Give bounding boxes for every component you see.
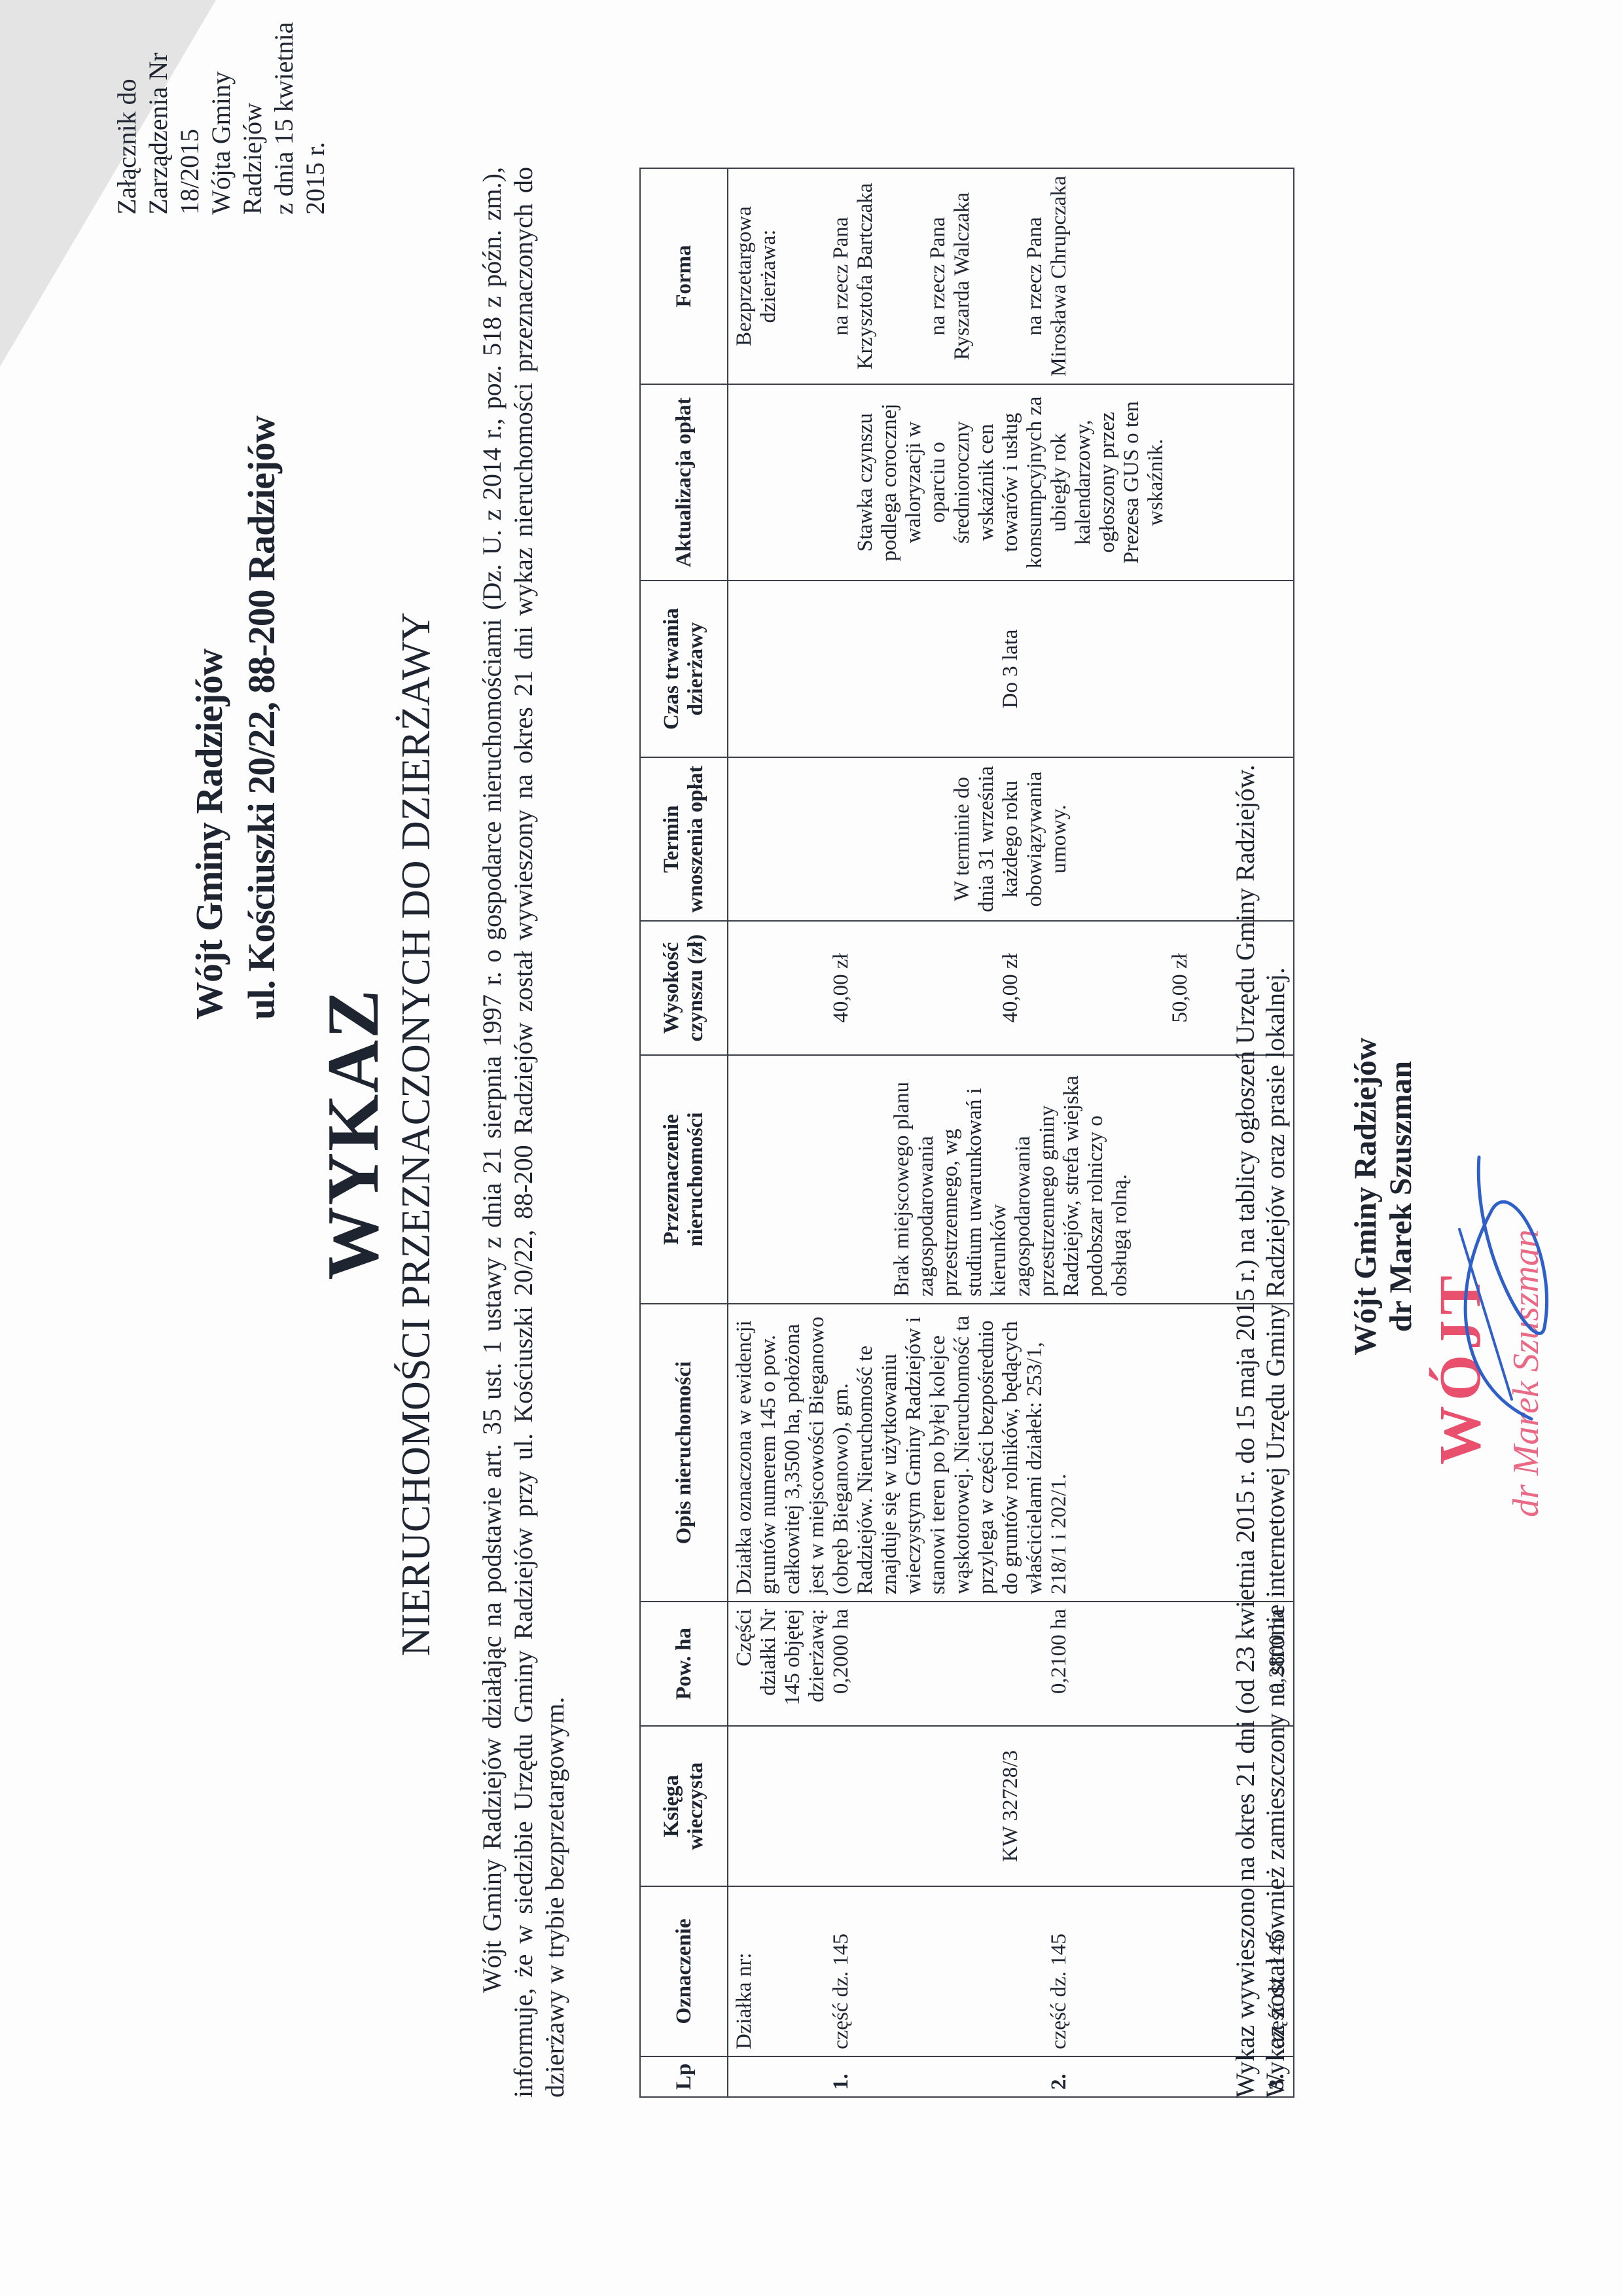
- row-2-pow: 0,2100 ha: [1047, 1609, 1071, 1719]
- col-header-oznaczenie: Oznaczenie: [640, 1886, 728, 2056]
- col-header-czynsz: Wysokość czynszu (zł): [640, 921, 728, 1055]
- col-header-przeznaczenie: Przeznaczenie nieruchomości: [640, 1055, 728, 1304]
- office-name: Wójt Gminy Radziejów: [183, 169, 236, 1020]
- signatory-name: dr Marek Szuszman: [1383, 967, 1419, 1426]
- document-subtitle: NIERUCHOMOŚCI PRZEZNACZONYCH DO DZIERŻAW…: [393, 169, 440, 2100]
- col-header-ksiega: Księga wieczysta: [640, 1726, 728, 1886]
- intro-paragraph: Wójt Gminy Radziejów działając na podsta…: [476, 167, 571, 2098]
- intro-pow: Części działki Nr 145 objętej dzierżawą:: [732, 1609, 829, 1719]
- office-address: ul. Kościuszki 20/22, 88-200 Radziejów: [236, 169, 288, 1020]
- document-page-landscape: Załącznik do Zarządzenia Nr 18/2015 Wójt…: [0, 0, 1623, 2296]
- col-header-czas: Czas trwania dzierżawy: [640, 581, 728, 757]
- col-header-pow: Pow. ha: [640, 1602, 728, 1726]
- footer-note-online: Wykaz został również zamieszczony na str…: [1260, 167, 1291, 2098]
- row-1-oznaczenie: część dz. 145: [829, 1893, 853, 2049]
- document-title: WYKAZ: [314, 169, 393, 2100]
- cell-pow: Części działki Nr 145 objętej dzierżawą:…: [728, 1602, 1294, 1726]
- cell-opis: Działka oznaczona w ewidencji gruntów nu…: [728, 1304, 1294, 1602]
- cell-czynsz: 40,00 zł 40,00 zł 50,00 zł: [728, 921, 1294, 1055]
- row-1-lp: 1.: [829, 2064, 853, 2090]
- col-header-opis: Opis nieruchomości: [640, 1304, 728, 1602]
- handwritten-signature-icon: [1433, 1151, 1564, 1426]
- col-header-termin: Termin wnoszenia opłat: [640, 757, 728, 921]
- intro-text: Wójt Gminy Radziejów działając na podsta…: [476, 167, 571, 2098]
- cell-przeznaczenie: Brak miejscowego planu zagospodarowania …: [728, 1055, 1294, 1304]
- row-1-czynsz: 40,00 zł: [829, 928, 853, 1048]
- row-2-czynsz: 40,00 zł: [999, 928, 1023, 1048]
- cell-aktualizacja: Stawka czynszu podlega corocznej waloryz…: [728, 384, 1294, 581]
- col-header-aktualizacja: Aktualizacja opłat: [640, 384, 728, 581]
- row-2-oznaczenie: część dz. 145: [1047, 1893, 1071, 2049]
- lease-properties-table: Lp Oznaczenie Księga wieczysta Pow. ha O…: [639, 168, 1294, 2098]
- signature-block: Wójt Gminy Radziejów dr Marek Szuszman: [1348, 967, 1419, 1426]
- footer-notes: Wykaz wywieszono na okres 21 dni (od 23 …: [1230, 167, 1291, 2098]
- cell-termin: W terminie do dnia 31 września każdego r…: [728, 757, 1294, 921]
- cell-oznaczenie: Działka nr: część dz. 145 część dz. 145 …: [728, 1886, 1294, 2056]
- intro-oznaczenie: Działka nr:: [732, 1893, 757, 2049]
- row-2-forma: na rzecz Pana Ryszarda Walczaka: [926, 175, 974, 377]
- row-2-lp: 2.: [1047, 2064, 1071, 2090]
- cell-lp: 1. 2. 3.: [728, 2056, 1294, 2097]
- table-header-row: Lp Oznaczenie Księga wieczysta Pow. ha O…: [640, 168, 728, 2097]
- row-3-forma: na rzecz Pana Mirosława Chrupczaka: [1023, 175, 1071, 377]
- row-1-pow: 0,2000 ha: [829, 1609, 853, 1719]
- footer-note-posting: Wykaz wywieszono na okres 21 dni (od 23 …: [1230, 167, 1260, 2098]
- official-stamp: WÓJT dr Marek Szuszman: [1427, 1085, 1571, 1543]
- cell-czas: Do 3 lata: [728, 581, 1294, 757]
- table-row: 1. 2. 3. Działka nr: część dz. 145 część…: [728, 168, 1294, 2097]
- cell-ksiega: KW 32728/3: [728, 1726, 1294, 1886]
- signatory-title: Wójt Gminy Radziejów: [1348, 967, 1383, 1426]
- row-3-czynsz: 50,00 zł: [1168, 928, 1192, 1048]
- issuing-office: Wójt Gminy Radziejów ul. Kościuszki 20/2…: [183, 169, 288, 1020]
- row-1-forma: na rzecz Pana Krzysztofa Bartczaka: [829, 175, 878, 377]
- cell-forma: Bezprzetargowa dzierżawa: na rzecz Pana …: [728, 168, 1294, 384]
- col-header-lp: Lp: [640, 2056, 728, 2097]
- col-header-forma: Forma: [640, 168, 728, 384]
- intro-forma: Bezprzetargowa dzierżawa:: [732, 175, 781, 377]
